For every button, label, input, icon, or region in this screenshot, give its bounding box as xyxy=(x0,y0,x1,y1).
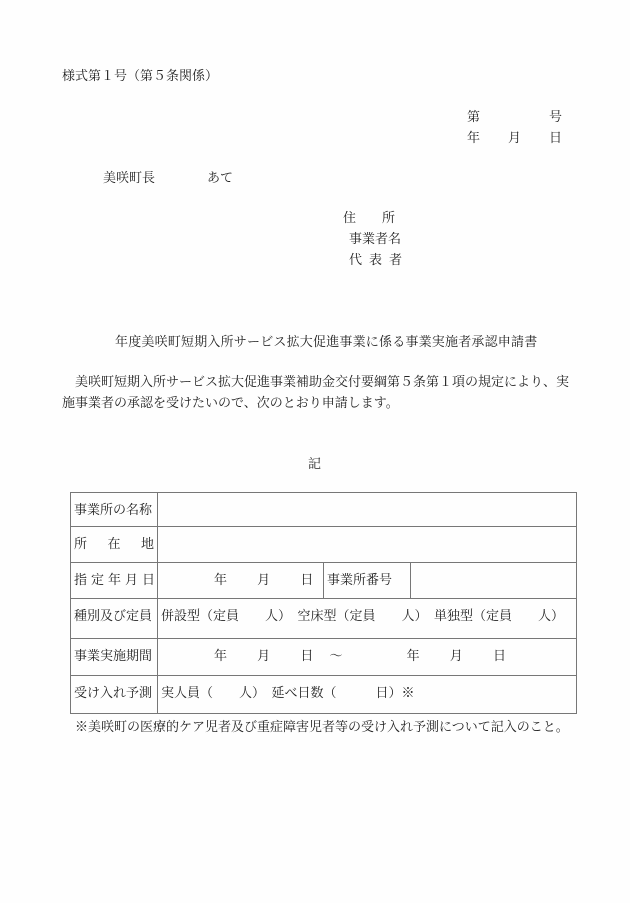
location-field[interactable] xyxy=(158,527,577,563)
table-row: 指定年月日 年 月 日 事業所番号 xyxy=(71,563,577,599)
table-row: 事業実施期間 年 月 日 ～ 年 月 日 xyxy=(71,639,577,676)
table-row: 受け入れ予測 実人員（ 人） 延べ日数（ 日）※ xyxy=(71,676,577,714)
facility-number-label: 事業所番号 xyxy=(324,563,411,599)
type-capacity-label: 種別及び定員 xyxy=(71,599,158,639)
document-body: 美咲町短期入所サービス拡大促進事業補助金交付要綱第５条第１項の規定により、実施事… xyxy=(62,372,578,414)
designation-date-field[interactable]: 年 月 日 xyxy=(158,563,324,599)
document-date: 年 月 日 xyxy=(467,127,562,146)
designation-date-label: 指定年月日 xyxy=(71,563,158,599)
date-month: 月 xyxy=(508,127,521,146)
location-label: 所 在 地 xyxy=(71,527,158,563)
applicant-block: 住所 事業者名 代表者 xyxy=(343,208,409,271)
acceptance-forecast-label: 受け入れ予測 xyxy=(71,676,158,714)
number-prefix: 第 xyxy=(467,106,480,125)
document-title: 年度美咲町短期入所サービス拡大促進事業に係る事業実施者承認申請書 xyxy=(115,331,537,350)
date-year: 年 xyxy=(467,127,480,146)
business-name-label: 事業者名 xyxy=(343,229,409,250)
table-row: 種別及び定員 併設型（定員 人） 空床型（定員 人） 単独型（定員 人） xyxy=(71,599,577,639)
facility-name-label: 事業所の名称 xyxy=(71,493,158,527)
table-row: 事業所の名称 xyxy=(71,493,577,527)
type-capacity-field[interactable]: 併設型（定員 人） 空床型（定員 人） 単独型（定員 人） xyxy=(158,599,577,639)
document-number: 第 号 xyxy=(467,106,562,125)
representative-label: 代表者 xyxy=(343,250,409,271)
footnote: ※美咲町の医療的ケア児者及び重症障害児者等の受け入れ予測について記入のこと。 xyxy=(62,717,578,738)
project-period-label: 事業実施期間 xyxy=(71,639,158,676)
addressee-suffix: あて xyxy=(207,171,233,186)
acceptance-forecast-field[interactable]: 実人員（ 人） 延べ日数（ 日）※ xyxy=(158,676,577,714)
application-table: 事業所の名称 所 在 地 指定年月日 年 月 日 事業所番号 種別及び定員 併設… xyxy=(70,492,577,714)
addressee: 美咲町長あて xyxy=(103,167,233,186)
date-day: 日 xyxy=(549,127,562,146)
period-separator: ～ xyxy=(329,645,342,664)
ki-heading: 記 xyxy=(308,453,321,472)
facility-name-field[interactable] xyxy=(158,493,577,527)
facility-number-field[interactable] xyxy=(411,563,577,599)
address-label: 住所 xyxy=(343,208,409,229)
addressee-name: 美咲町長 xyxy=(103,171,155,186)
form-id: 様式第１号（第５条関係） xyxy=(62,65,218,84)
table-row: 所 在 地 xyxy=(71,527,577,563)
number-suffix: 号 xyxy=(549,106,562,125)
project-period-field[interactable]: 年 月 日 ～ 年 月 日 xyxy=(158,639,577,676)
